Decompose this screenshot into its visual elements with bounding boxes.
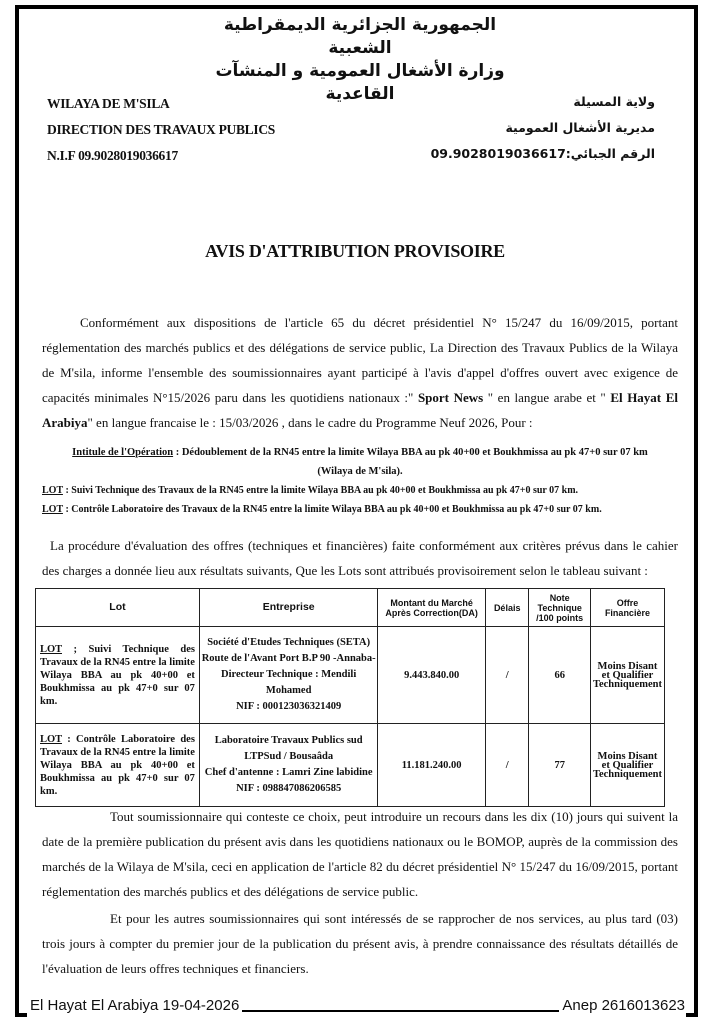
cell-delais: / xyxy=(485,724,529,807)
cell-offre: Moins Disant et Qualifier Techniquement xyxy=(590,724,664,807)
table-header-row: Lot Entreprise Montant du Marché Après C… xyxy=(36,589,665,627)
cell-montant: 11.181.240.00 xyxy=(378,724,486,807)
newspaper-arabic: Sport News xyxy=(413,390,487,405)
header-offre: Offre Financière xyxy=(590,589,664,627)
cell-delais: / xyxy=(485,627,529,724)
page-border-top xyxy=(17,5,698,9)
wilaya-name-ar: ولاية المسيلة xyxy=(431,89,655,115)
operation-block: Intitule de l'Opération : Dédoublement d… xyxy=(42,443,678,519)
cell-entreprise: Laboratoire Travaux Publics sud LTPSud /… xyxy=(199,724,377,807)
recours-paragraph: Tout soumissionnaire qui conteste ce cho… xyxy=(42,804,678,904)
footer-publication: El Hayat El Arabiya 19-04-2026 xyxy=(30,997,239,1014)
cell-lot: LOT ; Suivi Technique des Travaux de la … xyxy=(36,627,200,724)
footer-anep-ref: Anep 2616013623 xyxy=(562,997,685,1014)
direction-name-ar: مديرية الأشغال العمومية xyxy=(431,115,655,141)
cell-montant: 9.443.840.00 xyxy=(378,627,486,724)
page-border-corner-left xyxy=(15,1013,27,1017)
page-border-corner-right xyxy=(686,1013,698,1017)
table-row: LOT ; Suivi Technique des Travaux de la … xyxy=(36,627,665,724)
cell-lot: LOT : Contrôle Laboratoire des Travaux d… xyxy=(36,724,200,807)
operation-title: Intitule de l'Opération : Dédoublement d… xyxy=(42,443,678,462)
issuer-block-fr: WILAYA DE M'SILA DIRECTION DES TRAVAUX P… xyxy=(47,91,275,169)
lot-line: LOT : Suivi Technique des Travaux de la … xyxy=(42,481,678,500)
header-note: Note Technique /100 points xyxy=(529,589,590,627)
cell-offre: Moins Disant et Qualifier Techniquement xyxy=(590,627,664,724)
procedure-paragraph: La procédure d'évaluation des offres (te… xyxy=(42,533,678,583)
header-entreprise: Entreprise xyxy=(199,589,377,627)
page-title: AVIS D'ATTRIBUTION PROVISOIRE xyxy=(0,241,710,262)
intro-paragraph: Conformément aux dispositions de l'artic… xyxy=(42,310,678,435)
lot-line: LOT : Contrôle Laboratoire des Travaux d… xyxy=(42,500,678,519)
footer: El Hayat El Arabiya 19-04-2026 Anep 2616… xyxy=(30,997,685,1014)
operation-label: Intitule de l'Opération xyxy=(72,447,173,458)
table-row: LOT : Contrôle Laboratoire des Travaux d… xyxy=(36,724,665,807)
header-lot: Lot xyxy=(36,589,200,627)
nif-value-ar: 09.9028019036617 xyxy=(431,146,566,161)
header-montant: Montant du Marché Après Correction(DA) xyxy=(378,589,486,627)
nif-label-ar: الرقم الجبائي: xyxy=(566,146,655,161)
operation-location: (Wilaya de M'sila). xyxy=(42,462,678,481)
cell-entreprise: Société d'Etudes Techniques (SETA) Route… xyxy=(199,627,377,724)
issuer-block-ar: ولاية المسيلة مديرية الأشغال العمومية ال… xyxy=(431,89,655,167)
results-table: Lot Entreprise Montant du Marché Après C… xyxy=(35,588,665,807)
page-border-left xyxy=(15,5,19,1017)
direction-name: DIRECTION DES TRAVAUX PUBLICS xyxy=(47,117,275,143)
footer-rule xyxy=(242,1009,559,1012)
cell-note: 77 xyxy=(529,724,590,807)
header-delais: Délais xyxy=(485,589,529,627)
republic-name-ar: الجمهورية الجزائرية الديمقراطية الشعبية xyxy=(200,14,520,60)
nif-number-ar: الرقم الجبائي:09.9028019036617 xyxy=(431,141,655,167)
autres-paragraph: Et pour les autres soumissionnaires qui … xyxy=(42,906,678,981)
wilaya-name: WILAYA DE M'SILA xyxy=(47,91,275,117)
nif-number: N.I.F 09.9028019036617 xyxy=(47,143,275,169)
page-border-right xyxy=(694,5,698,1017)
cell-note: 66 xyxy=(529,627,590,724)
